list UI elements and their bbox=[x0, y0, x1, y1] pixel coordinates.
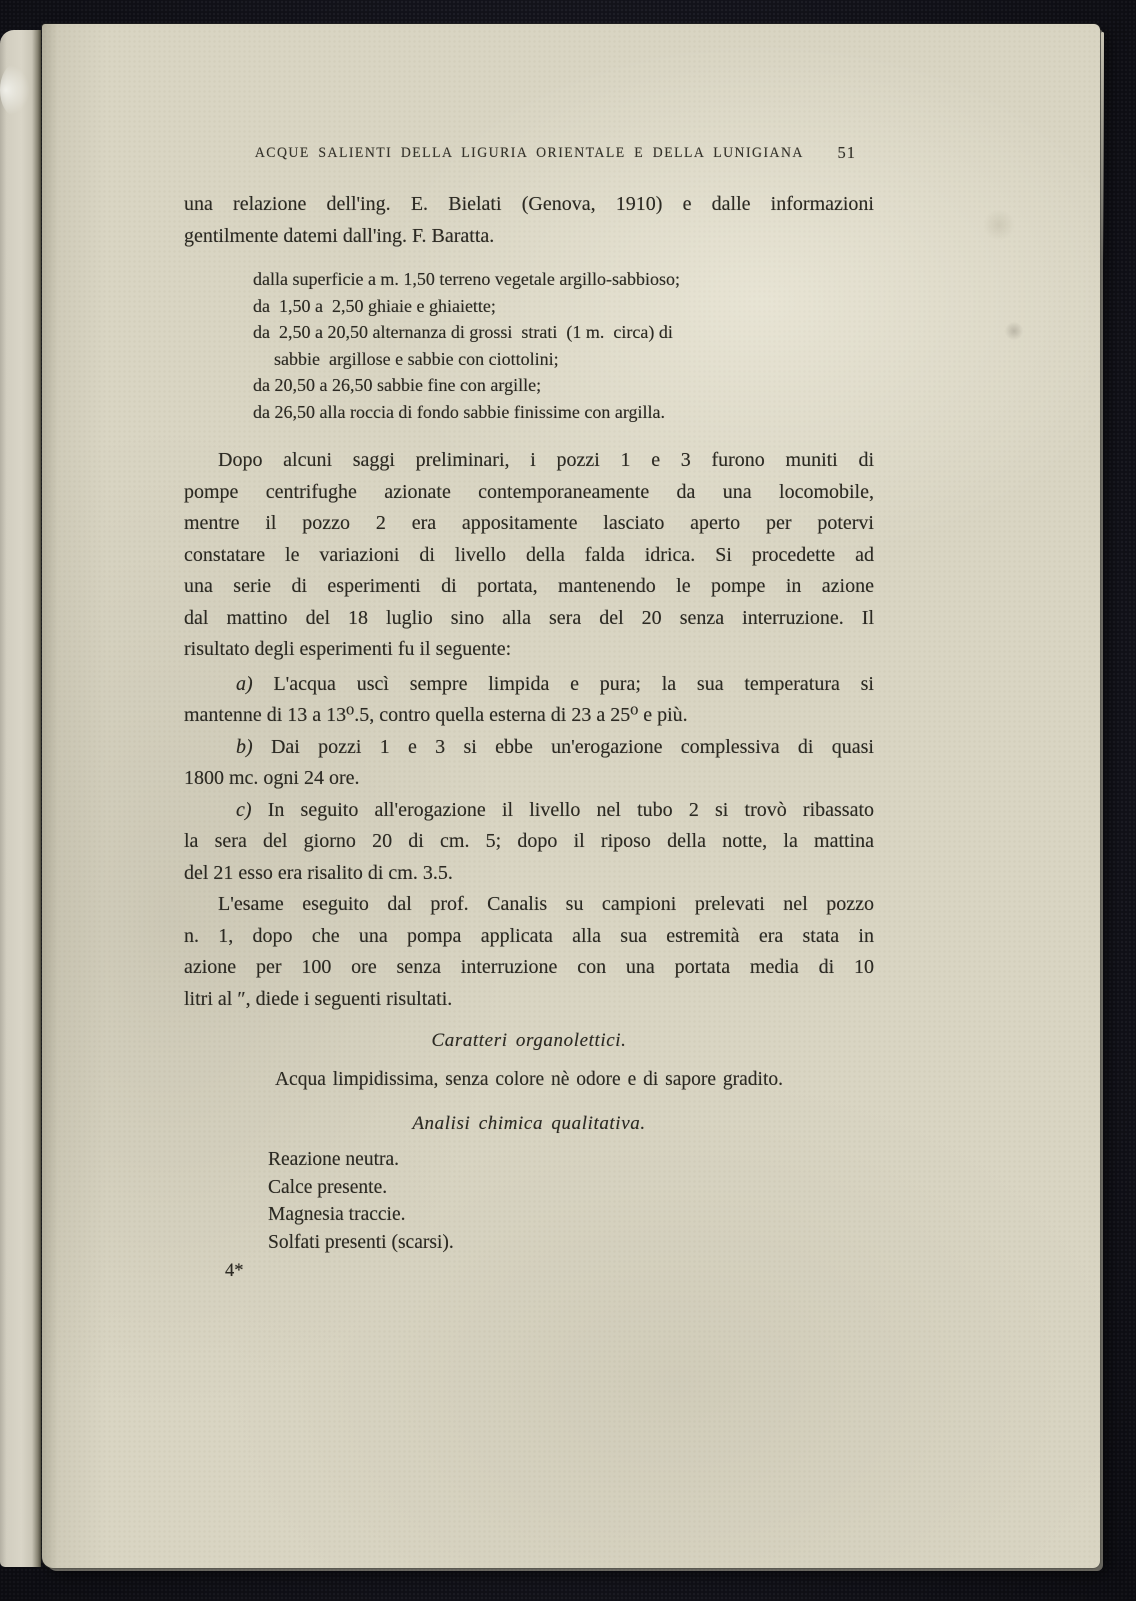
stratigraphy-line: sabbie argillose e sabbie con ciottolini… bbox=[253, 346, 874, 373]
text-line: pompe centrifughe azionate contemporanea… bbox=[184, 477, 874, 509]
qualitative-results-list: Reazione neutra. Calce presente. Magnesi… bbox=[184, 1146, 874, 1256]
underlying-page-edge bbox=[1101, 32, 1104, 262]
paper-stain bbox=[982, 210, 1016, 240]
text-line: mantenne di 13 a 13⁰.5, contro quella es… bbox=[184, 700, 874, 732]
text-line: litri al ″, diede i seguenti risultati. bbox=[184, 984, 874, 1016]
page-number: 51 bbox=[838, 143, 857, 163]
item-text: Dai pozzi 1 e 3 si ebbe un'erogazione co… bbox=[253, 736, 874, 758]
item-label: c) bbox=[236, 799, 252, 821]
text-line: azione per 100 ore senza interruzione co… bbox=[184, 952, 874, 984]
result-line: Solfati presenti (scarsi). bbox=[268, 1229, 874, 1257]
result-item-c: c) In seguito all'erogazione il livello … bbox=[184, 795, 874, 890]
running-title: ACQUE SALIENTI DELLA LIGURIA ORIENTALE E… bbox=[254, 143, 803, 163]
text-line: b) Dai pozzi 1 e 3 si ebbe un'erogazione… bbox=[184, 732, 874, 764]
page-curl-highlight bbox=[0, 64, 30, 116]
result-item-a: a) L'acqua uscì sempre limpida e pura; l… bbox=[184, 669, 874, 732]
text-line: L'esame eseguito dal prof. Canalis su ca… bbox=[184, 889, 874, 921]
text-line: del 21 esso era risalito di cm. 3.5. bbox=[184, 858, 874, 890]
stratigraphy-line: da 26,50 alla roccia di fondo sabbie fin… bbox=[253, 399, 874, 426]
item-label: b) bbox=[236, 736, 253, 758]
heading-organoleptic: Caratteri organolettici. bbox=[184, 1029, 874, 1053]
organoleptic-note: Acqua limpidissima, senza colore nè odor… bbox=[184, 1068, 874, 1092]
text-line: 1800 mc. ogni 24 ore. bbox=[184, 763, 874, 795]
stratigraphy-line: da 20,50 a 26,50 sabbie fine con argille… bbox=[253, 372, 874, 399]
text-line: la sera del giorno 20 di cm. 5; dopo il … bbox=[184, 826, 874, 858]
stratigraphy-line: da 1,50 a 2,50 ghiaie e ghiaiette; bbox=[253, 293, 874, 320]
item-label: a) bbox=[236, 673, 253, 695]
signature-mark: 4* bbox=[184, 1259, 874, 1283]
text-column: ACQUE SALIENTI DELLA LIGURIA ORIENTALE E… bbox=[184, 143, 874, 1283]
text-line: una serie di esperimenti di portata, man… bbox=[184, 571, 874, 603]
previous-page-edge bbox=[0, 30, 41, 1567]
text-line: constatare le variazioni di livello dell… bbox=[184, 540, 874, 572]
running-header: ACQUE SALIENTI DELLA LIGURIA ORIENTALE E… bbox=[184, 143, 874, 163]
text-line: n. 1, dopo che una pompa applicata alla … bbox=[184, 921, 874, 953]
text-line: a) L'acqua uscì sempre limpida e pura; l… bbox=[184, 669, 874, 701]
paper-stain bbox=[1004, 322, 1024, 340]
book-page: ACQUE SALIENTI DELLA LIGURIA ORIENTALE E… bbox=[42, 24, 1100, 1568]
item-text: L'acqua uscì sempre limpida e pura; la s… bbox=[253, 673, 874, 695]
text-line: risultato degli esperimenti fu il seguen… bbox=[184, 634, 874, 666]
stratigraphy-list: dalla superficie a m. 1,50 terreno veget… bbox=[184, 266, 874, 425]
result-line: Reazione neutra. bbox=[268, 1146, 874, 1174]
paragraph-intro: una relazione dell'ing. E. Bielati (Geno… bbox=[184, 189, 874, 252]
text-line: c) In seguito all'erogazione il livello … bbox=[184, 795, 874, 827]
text-line: dal mattino del 18 luglio sino alla sera… bbox=[184, 603, 874, 635]
paragraph-wells: Dopo alcuni saggi preliminari, i pozzi 1… bbox=[184, 445, 874, 666]
stratigraphy-line: dalla superficie a m. 1,50 terreno veget… bbox=[253, 266, 874, 293]
stratigraphy-line: da 2,50 a 20,50 alternanza di grossi str… bbox=[253, 319, 874, 346]
result-line: Magnesia traccie. bbox=[268, 1201, 874, 1229]
text-line: gentilmente datemi dall'ing. F. Baratta. bbox=[184, 221, 874, 253]
text-line: Dopo alcuni saggi preliminari, i pozzi 1… bbox=[184, 445, 874, 477]
paragraph-exam: L'esame eseguito dal prof. Canalis su ca… bbox=[184, 889, 874, 1015]
item-text: In seguito all'erogazione il livello nel… bbox=[252, 799, 874, 821]
result-line: Calce presente. bbox=[268, 1174, 874, 1202]
heading-chemical-analysis: Analisi chimica qualitativa. bbox=[184, 1112, 874, 1136]
text-line: una relazione dell'ing. E. Bielati (Geno… bbox=[184, 189, 874, 221]
text-line: mentre il pozzo 2 era appositamente lasc… bbox=[184, 508, 874, 540]
result-item-b: b) Dai pozzi 1 e 3 si ebbe un'erogazione… bbox=[184, 732, 874, 795]
